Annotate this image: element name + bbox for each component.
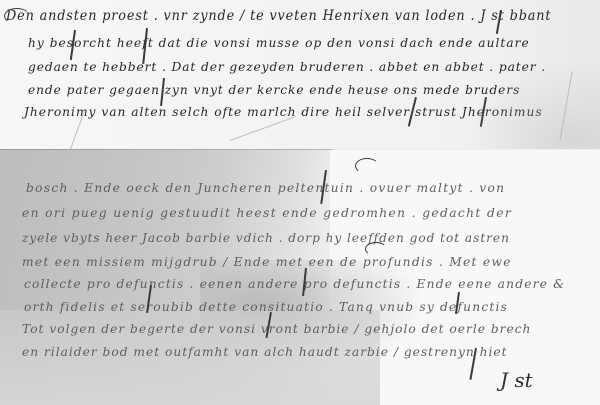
lower-line-2: en ori pueg uenig gestuudit heest ende g… — [22, 207, 512, 220]
manuscript-page: Den andsten proest . vnr zynde / te vvet… — [0, 0, 600, 405]
lower-line-7: Tot volgen der begerte der vonsi vront b… — [22, 323, 531, 336]
upper-line-4: ende pater gegaen zyn vnyt der kercke en… — [28, 84, 520, 97]
paper-crease — [560, 71, 573, 140]
paper-crease — [230, 116, 296, 141]
lower-line-5: collecte pro defunctis . eenen andere pr… — [24, 278, 565, 291]
upper-line-2: hy besorcht heeft dat die vonsi musse op… — [28, 37, 530, 50]
upper-manuscript-fragment: Den andsten proest . vnr zynde / te vvet… — [0, 0, 600, 150]
upper-line-1: Den andsten proest . vnr zynde / te vvet… — [6, 10, 551, 24]
lower-line-3: zyele vbyts heer Jacob barbie vdich . do… — [22, 232, 510, 245]
capital-flourish — [365, 242, 387, 256]
lower-manuscript-fragment: bosch . Ende oeck den Juncheren peltentu… — [0, 150, 600, 405]
capital-flourish — [4, 8, 30, 24]
lower-line-8: en rilaider bod met outfamht van alch ha… — [22, 346, 508, 359]
capital-flourish — [355, 158, 379, 174]
ink-stroke — [480, 97, 487, 127]
upper-line-3: gedaen te hebbert . Dat der gezeyden bru… — [28, 61, 546, 74]
lower-line-6: orth fidelis et seroubib dette consituat… — [24, 301, 508, 314]
signature-mark: J st — [500, 368, 533, 392]
lower-line-1: bosch . Ende oeck den Juncheren peltentu… — [26, 182, 505, 195]
upper-line-5: Jheronimy van alten selch ofte marlch di… — [24, 106, 543, 119]
lower-line-4: met een missiem mijgdrub / Ende met een … — [22, 256, 512, 269]
